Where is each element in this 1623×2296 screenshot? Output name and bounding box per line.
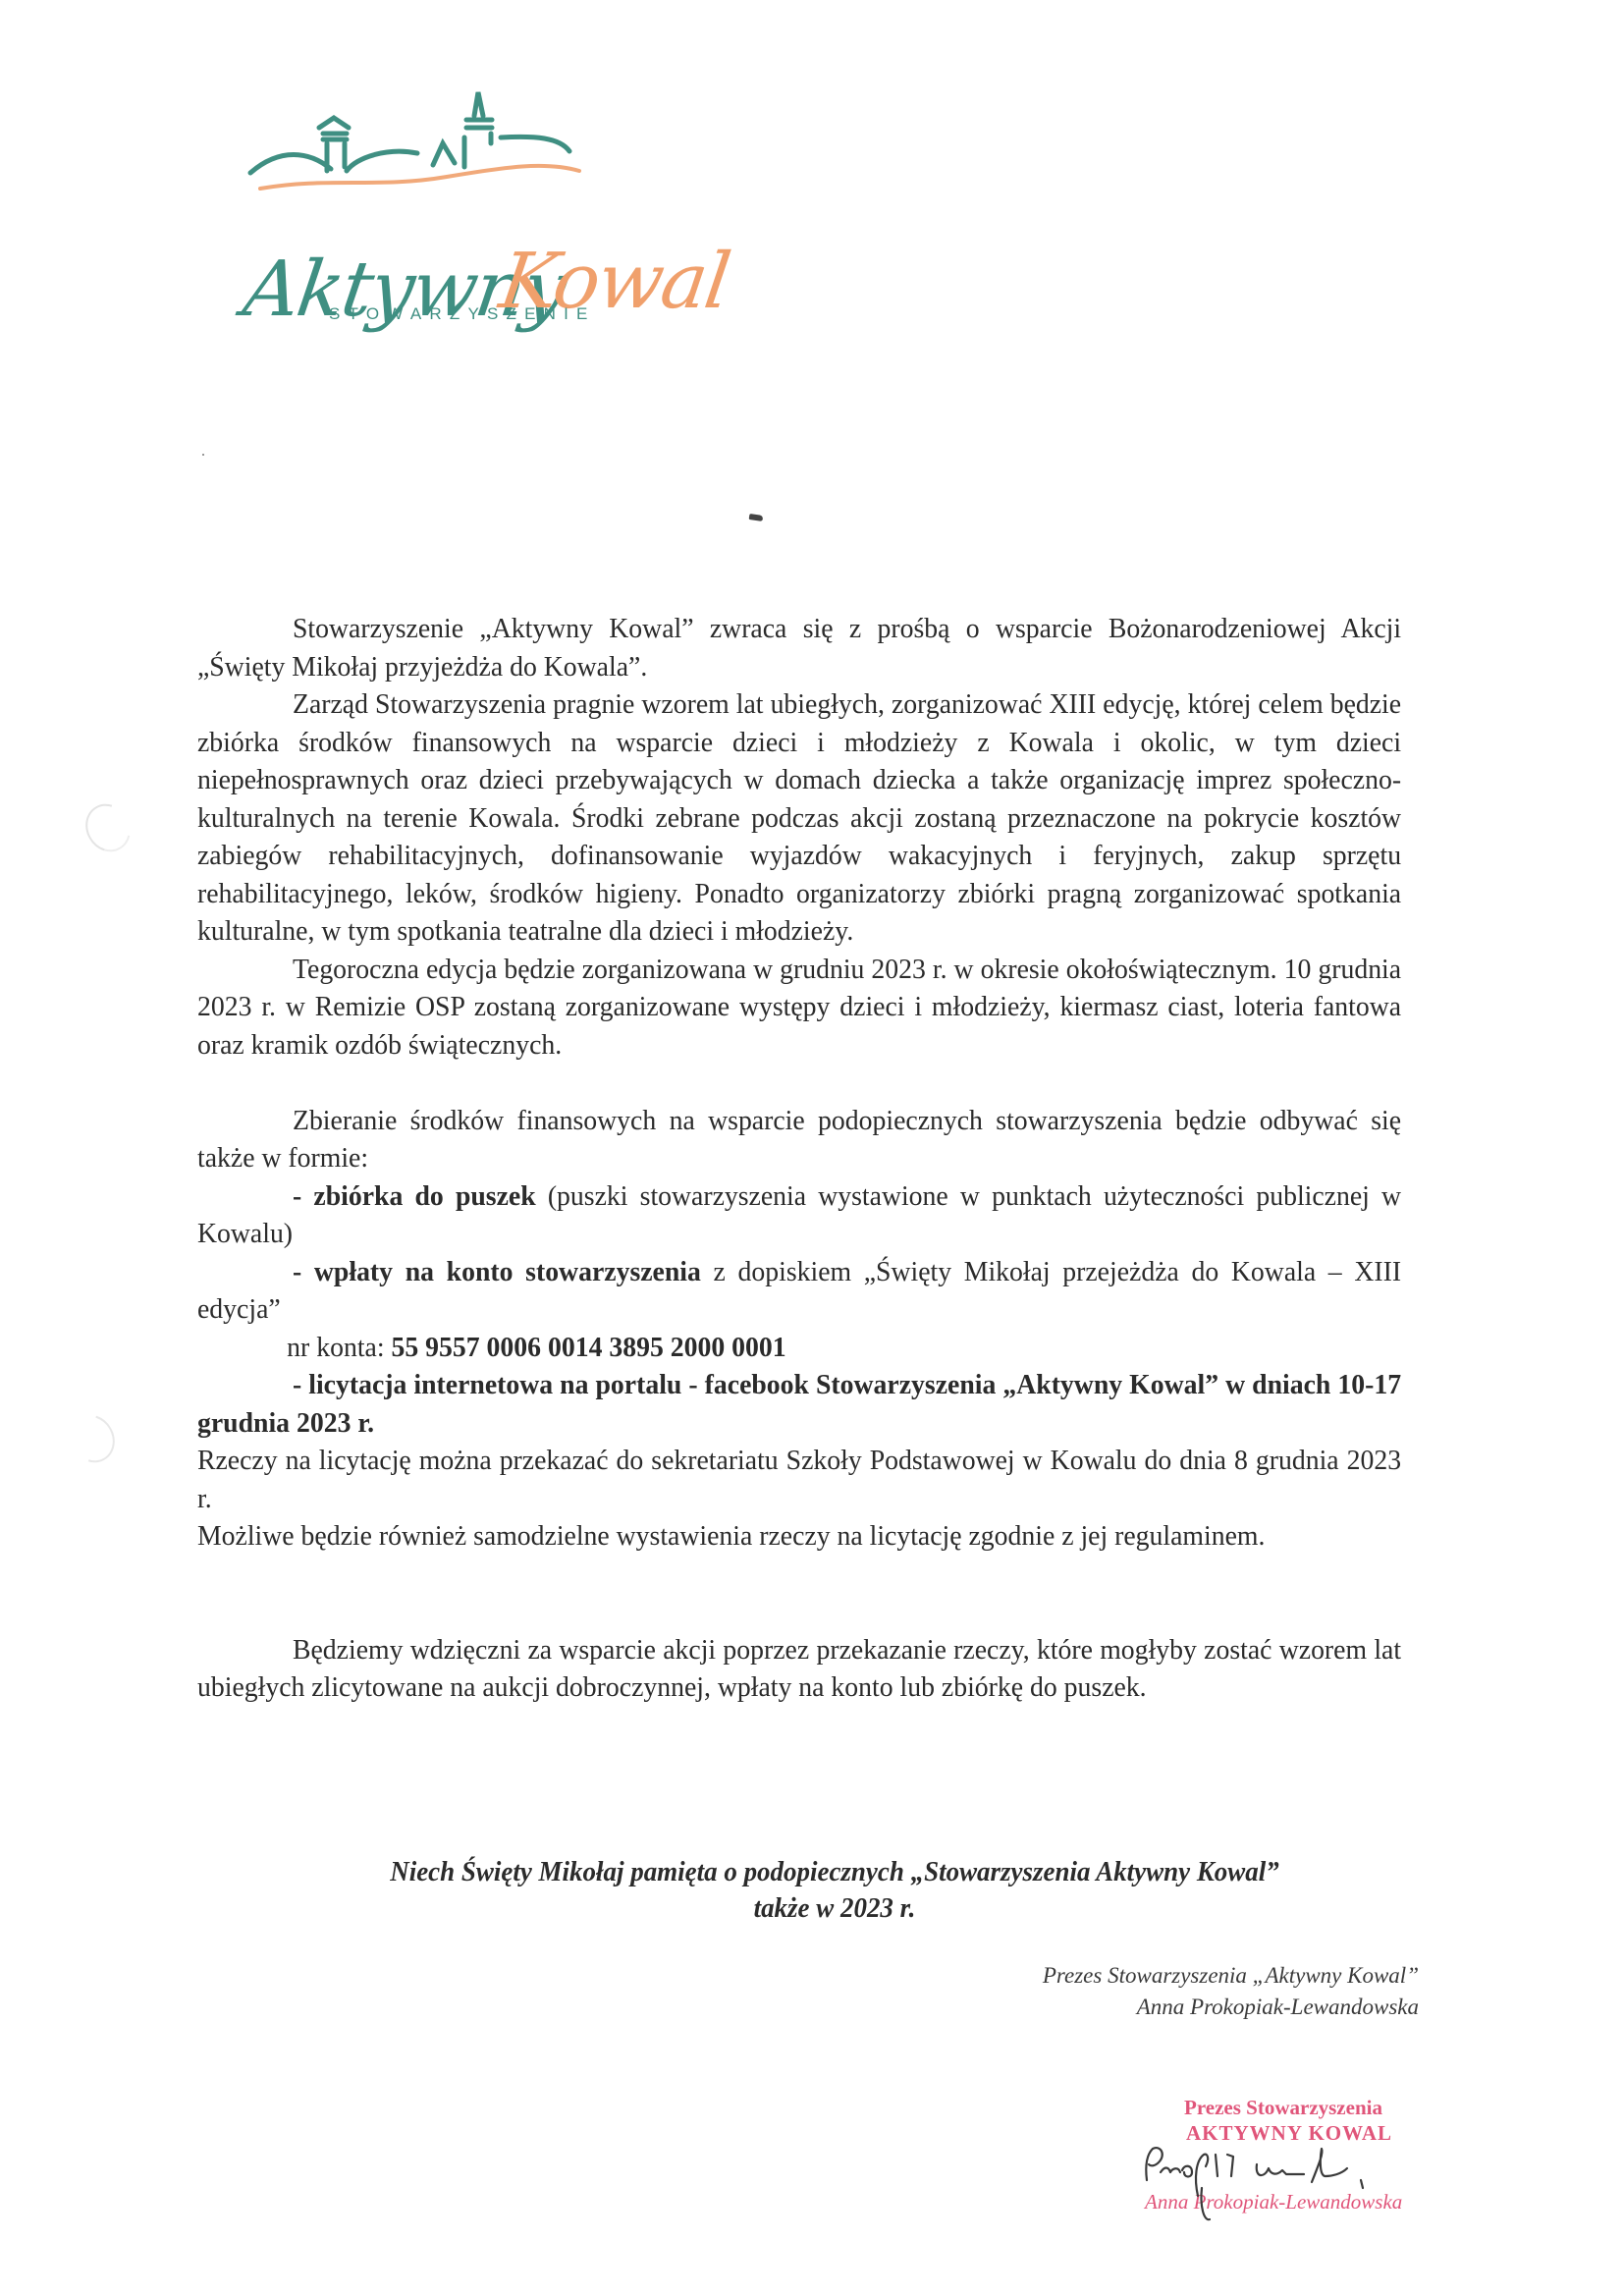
list-item-bank-transfer: - wpłaty na konto stowarzyszenia z dopis… (197, 1254, 1401, 1330)
paragraph-thanks: Będziemy wdzięczni za wsparcie akcji pop… (197, 1632, 1401, 1708)
bank-account: nr konta: 55 9557 0006 0014 3895 2000 00… (197, 1330, 1401, 1368)
item-label: - wpłaty na konto stowarzyszenia (293, 1257, 701, 1287)
item-label: - licytacja internetowa na portalu - fac… (197, 1370, 1401, 1439)
paragraph-collection: Zbieranie środków finansowych na wsparci… (197, 1103, 1401, 1178)
logo-subtitle: STOWARZYSZENIE (329, 304, 596, 324)
account-label: nr konta: (287, 1333, 391, 1363)
paragraph-goals: Zarząd Stowarzyszenia pragnie wzorem lat… (197, 686, 1401, 952)
closing-wish: Niech Święty Mikołaj pamięta o podopiecz… (259, 1854, 1410, 1927)
paragraph-edition: Tegoroczna edycja będzie zorganizowana w… (197, 952, 1401, 1066)
list-item-online-auction: - licytacja internetowa na portalu - fac… (197, 1367, 1401, 1443)
punch-hole-mark (61, 1406, 123, 1470)
signer-title: Prezes Stowarzyszenia „Aktywny Kowal” (1043, 1960, 1419, 1992)
account-number: 55 9557 0006 0014 3895 2000 0001 (391, 1333, 785, 1363)
closing-line-1: Niech Święty Mikołaj pamięta o podopiecz… (259, 1854, 1410, 1890)
signer-name: Anna Prokopiak-Lewandowska (1043, 1992, 1419, 2023)
item-label: - zbiórka do puszek (293, 1181, 536, 1212)
scan-mark (749, 514, 764, 521)
skyline-icon (241, 86, 673, 253)
letter-body: Stowarzyszenie „Aktywny Kowal” zwraca si… (197, 611, 1401, 1708)
association-logo: Aktywny Kowal STOWARZYSZENIE (241, 86, 673, 332)
punch-hole-mark (77, 795, 138, 859)
signature-block: Prezes Stowarzyszenia „Aktywny Kowal” An… (1043, 1960, 1419, 2023)
paragraph-intro: Stowarzyszenie „Aktywny Kowal” zwraca si… (197, 611, 1401, 686)
closing-line-2: także w 2023 r. (259, 1890, 1410, 1927)
official-stamp: Prezes Stowarzyszenia AKTYWNY KOWAL Anna… (1139, 2090, 1434, 2227)
handwritten-signature-icon (1139, 2090, 1434, 2227)
paragraph-self-listing: Możliwe będzie również samodzielne wysta… (197, 1518, 1401, 1557)
paragraph-auction-items: Rzeczy na licytację można przekazać do s… (197, 1443, 1401, 1518)
list-item-collection-boxes: - zbiórka do puszek (puszki stowarzyszen… (197, 1178, 1401, 1254)
scan-speck (202, 454, 204, 456)
